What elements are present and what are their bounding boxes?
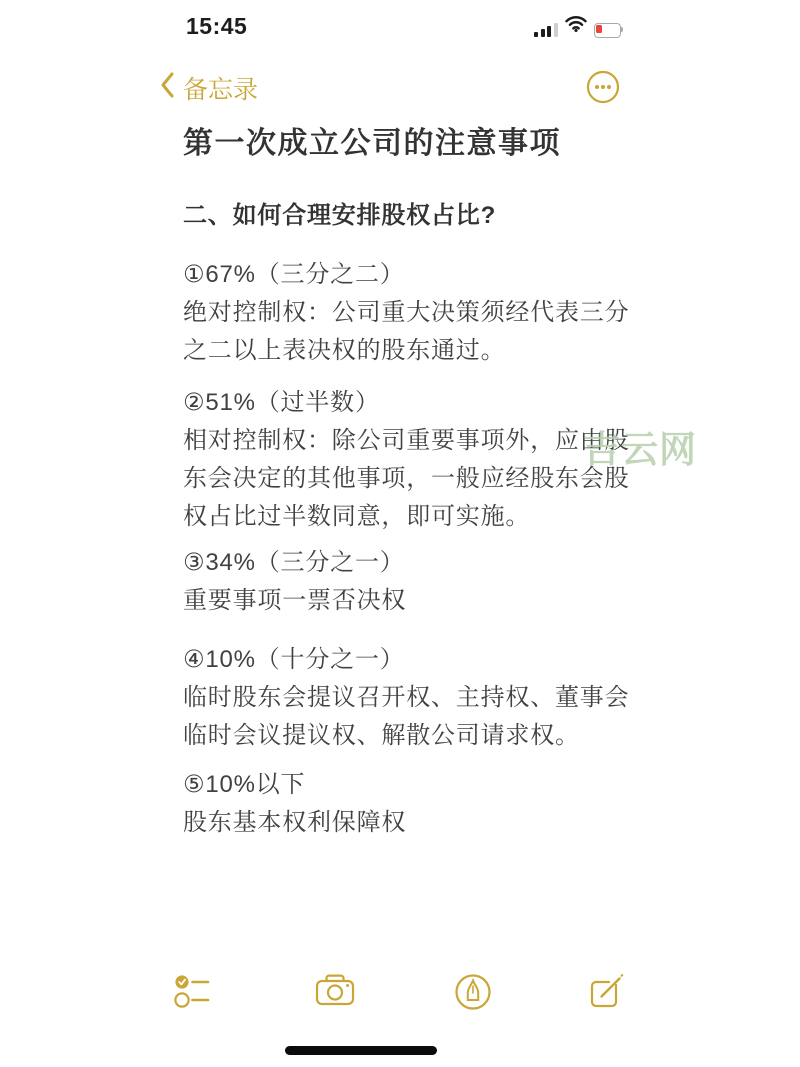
back-button-label: 备忘录: [183, 70, 258, 106]
battery-icon: [594, 22, 626, 37]
block-heading: ③34%（三分之一）: [183, 544, 635, 582]
block-heading: ④10%（十分之一）: [183, 641, 635, 679]
status-time: 15:45: [186, 13, 247, 40]
markup-pen-icon: [454, 973, 492, 1016]
note-title: 第一次成立公司的注意事项: [183, 118, 561, 162]
note-line: 相对控制权：除公司重要事项外，应由股: [183, 422, 635, 460]
camera-icon: [315, 973, 355, 1012]
note-block-10-percent: ④10%（十分之一） 临时股东会提议召开权、主持权、董事会 临时会议提议权、解散…: [183, 641, 635, 755]
checklist-button[interactable]: [174, 973, 212, 1014]
back-button[interactable]: 备忘录: [160, 70, 258, 106]
home-indicator[interactable]: [285, 1046, 437, 1055]
note-line: 绝对控制权：公司重大决策须经代表三分: [183, 294, 635, 332]
note-line: 东会决定的其他事项，一般应经股东会股: [183, 460, 635, 498]
wifi-icon: [565, 16, 587, 37]
note-line: 股东基本权利保障权: [183, 804, 635, 842]
block-heading: ①67%（三分之二）: [183, 256, 635, 294]
note-line: 重要事项一票否决权: [183, 582, 635, 620]
more-options-button[interactable]: [586, 70, 620, 109]
note-block-34-percent: ③34%（三分之一） 重要事项一票否决权: [183, 544, 635, 620]
checklist-icon: [174, 973, 212, 1014]
ellipsis-circle-icon: [586, 70, 620, 109]
note-line: 临时会议提议权、解散公司请求权。: [183, 717, 635, 755]
markup-pen-button[interactable]: [454, 973, 492, 1016]
block-heading: ②51%（过半数）: [183, 384, 635, 422]
note-block-under-10-percent: ⑤10%以下 股东基本权利保障权: [183, 766, 635, 842]
note-block-67-percent: ①67%（三分之二） 绝对控制权：公司重大决策须经代表三分 之二以上表决权的股东…: [183, 256, 635, 370]
compose-button[interactable]: [588, 973, 626, 1016]
note-line: 临时股东会提议召开权、主持权、董事会: [183, 679, 635, 717]
block-heading: ⑤10%以下: [183, 766, 635, 804]
chevron-left-icon: [160, 72, 174, 105]
status-icons: [534, 18, 626, 37]
note-line: 之二以上表决权的股东通过。: [183, 332, 635, 370]
note-block-51-percent: ②51%（过半数） 相对控制权：除公司重要事项外，应由股 东会决定的其他事项，一…: [183, 384, 635, 536]
cellular-signal-icon: [534, 22, 558, 37]
compose-icon: [588, 973, 626, 1016]
camera-button[interactable]: [315, 973, 355, 1012]
section-heading: 二、如何合理安排股权占比?: [183, 195, 496, 230]
note-line: 权占比过半数同意，即可实施。: [183, 498, 635, 536]
